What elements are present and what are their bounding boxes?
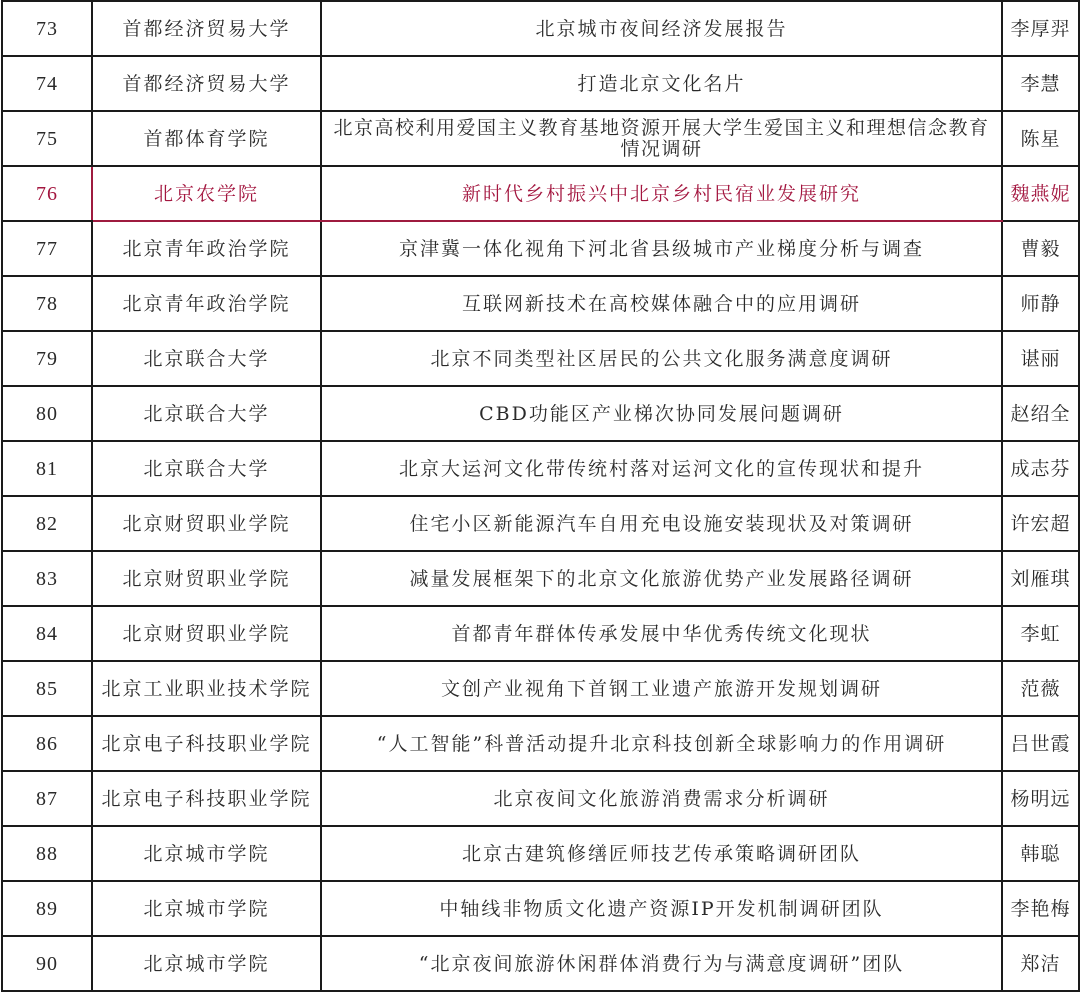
table-row-87: 87 北京电子科技职业学院 北京夜间文化旅游消费需求分析调研 杨明远 [2, 771, 1079, 826]
school-cell: 北京电子科技职业学院 [92, 716, 321, 771]
leader-cell: 陈星 [1002, 111, 1079, 166]
table-body: 73 首都经济贸易大学 北京城市夜间经济发展报告 李厚羿 74 首都经济贸易大学… [2, 1, 1079, 991]
topic-cell: 文创产业视角下首钢工业遗产旅游开发规划调研 [321, 661, 1002, 716]
school-cell: 首都经济贸易大学 [92, 1, 321, 56]
row-number: 90 [2, 936, 92, 991]
leader-cell: 李虹 [1002, 606, 1079, 661]
school-cell: 北京财贸职业学院 [92, 551, 321, 606]
row-number: 82 [2, 496, 92, 551]
leader-cell: 韩聪 [1002, 826, 1079, 881]
row-number: 78 [2, 276, 92, 331]
topic-cell: 新时代乡村振兴中北京乡村民宿业发展研究 [321, 166, 1002, 221]
topic-cell: 北京不同类型社区居民的公共文化服务满意度调研 [321, 331, 1002, 386]
leader-cell: 魏燕妮 [1002, 166, 1079, 221]
school-cell: 北京工业职业技术学院 [92, 661, 321, 716]
topic-cell: 北京夜间文化旅游消费需求分析调研 [321, 771, 1002, 826]
table-row-81: 81 北京联合大学 北京大运河文化带传统村落对运河文化的宣传现状和提升 成志芬 [2, 441, 1079, 496]
leader-cell: 杨明远 [1002, 771, 1079, 826]
table-row-74: 74 首都经济贸易大学 打造北京文化名片 李慧 [2, 56, 1079, 111]
row-number: 73 [2, 1, 92, 56]
leader-cell: 赵绍全 [1002, 386, 1079, 441]
leader-cell: 李艳梅 [1002, 881, 1079, 936]
leader-cell: 郑洁 [1002, 936, 1079, 991]
table-row-82: 82 北京财贸职业学院 住宅小区新能源汽车自用充电设施安装现状及对策调研 许宏超 [2, 496, 1079, 551]
table-row-77: 77 北京青年政治学院 京津冀一体化视角下河北省县级城市产业梯度分析与调查 曹毅 [2, 221, 1079, 276]
row-number: 74 [2, 56, 92, 111]
topic-cell: 北京大运河文化带传统村落对运河文化的宣传现状和提升 [321, 441, 1002, 496]
row-number: 76 [2, 166, 92, 221]
table-row-90: 90 北京城市学院 “北京夜间旅游休闲群体消费行为与满意度调研”团队 郑洁 [2, 936, 1079, 991]
table-row-73: 73 首都经济贸易大学 北京城市夜间经济发展报告 李厚羿 [2, 1, 1079, 56]
table-row-78: 78 北京青年政治学院 互联网新技术在高校媒体融合中的应用调研 师静 [2, 276, 1079, 331]
row-number: 88 [2, 826, 92, 881]
leader-cell: 谌丽 [1002, 331, 1079, 386]
table-row-80: 80 北京联合大学 CBD功能区产业梯次协同发展问题调研 赵绍全 [2, 386, 1079, 441]
table-row-89: 89 北京城市学院 中轴线非物质文化遗产资源IP开发机制调研团队 李艳梅 [2, 881, 1079, 936]
row-number: 81 [2, 441, 92, 496]
leader-cell: 吕世霞 [1002, 716, 1079, 771]
topic-cell: 北京古建筑修缮匠师技艺传承策略调研团队 [321, 826, 1002, 881]
row-number: 84 [2, 606, 92, 661]
school-cell: 北京联合大学 [92, 386, 321, 441]
table-row-88: 88 北京城市学院 北京古建筑修缮匠师技艺传承策略调研团队 韩聪 [2, 826, 1079, 881]
topic-cell: 首都青年群体传承发展中华优秀传统文化现状 [321, 606, 1002, 661]
row-number: 75 [2, 111, 92, 166]
school-cell: 北京联合大学 [92, 331, 321, 386]
project-list-table: 73 首都经济贸易大学 北京城市夜间经济发展报告 李厚羿 74 首都经济贸易大学… [1, 0, 1080, 992]
leader-cell: 李慧 [1002, 56, 1079, 111]
school-cell: 首都体育学院 [92, 111, 321, 166]
table-row-85: 85 北京工业职业技术学院 文创产业视角下首钢工业遗产旅游开发规划调研 范薇 [2, 661, 1079, 716]
school-cell: 北京城市学院 [92, 881, 321, 936]
school-cell: 北京财贸职业学院 [92, 496, 321, 551]
row-number: 80 [2, 386, 92, 441]
school-cell: 北京青年政治学院 [92, 221, 321, 276]
row-number: 79 [2, 331, 92, 386]
leader-cell: 刘雁琪 [1002, 551, 1079, 606]
school-cell: 北京城市学院 [92, 826, 321, 881]
leader-cell: 成志芬 [1002, 441, 1079, 496]
school-cell: 北京农学院 [92, 166, 321, 221]
topic-cell: 减量发展框架下的北京文化旅游优势产业发展路径调研 [321, 551, 1002, 606]
table-row-79: 79 北京联合大学 北京不同类型社区居民的公共文化服务满意度调研 谌丽 [2, 331, 1079, 386]
school-cell: 北京联合大学 [92, 441, 321, 496]
row-number: 83 [2, 551, 92, 606]
row-number: 86 [2, 716, 92, 771]
topic-cell: 中轴线非物质文化遗产资源IP开发机制调研团队 [321, 881, 1002, 936]
table-row-76-highlighted: 76 北京农学院 新时代乡村振兴中北京乡村民宿业发展研究 魏燕妮 [2, 166, 1079, 221]
school-cell: 北京电子科技职业学院 [92, 771, 321, 826]
topic-cell: 北京城市夜间经济发展报告 [321, 1, 1002, 56]
topic-cell: 住宅小区新能源汽车自用充电设施安装现状及对策调研 [321, 496, 1002, 551]
leader-cell: 师静 [1002, 276, 1079, 331]
table-row-84: 84 北京财贸职业学院 首都青年群体传承发展中华优秀传统文化现状 李虹 [2, 606, 1079, 661]
school-cell: 首都经济贸易大学 [92, 56, 321, 111]
row-number: 85 [2, 661, 92, 716]
topic-cell: 打造北京文化名片 [321, 56, 1002, 111]
topic-cell: “人工智能”科普活动提升北京科技创新全球影响力的作用调研 [321, 716, 1002, 771]
topic-cell: 京津冀一体化视角下河北省县级城市产业梯度分析与调查 [321, 221, 1002, 276]
leader-cell: 许宏超 [1002, 496, 1079, 551]
row-number: 87 [2, 771, 92, 826]
topic-cell: CBD功能区产业梯次协同发展问题调研 [321, 386, 1002, 441]
table-row-83: 83 北京财贸职业学院 减量发展框架下的北京文化旅游优势产业发展路径调研 刘雁琪 [2, 551, 1079, 606]
school-cell: 北京青年政治学院 [92, 276, 321, 331]
table-row-75: 75 首都体育学院 北京高校利用爱国主义教育基地资源开展大学生爱国主义和理想信念… [2, 111, 1079, 166]
school-cell: 北京城市学院 [92, 936, 321, 991]
table-row-86: 86 北京电子科技职业学院 “人工智能”科普活动提升北京科技创新全球影响力的作用… [2, 716, 1079, 771]
topic-cell: 互联网新技术在高校媒体融合中的应用调研 [321, 276, 1002, 331]
row-number: 77 [2, 221, 92, 276]
leader-cell: 范薇 [1002, 661, 1079, 716]
topic-cell: “北京夜间旅游休闲群体消费行为与满意度调研”团队 [321, 936, 1002, 991]
leader-cell: 曹毅 [1002, 221, 1079, 276]
school-cell: 北京财贸职业学院 [92, 606, 321, 661]
leader-cell: 李厚羿 [1002, 1, 1079, 56]
row-number: 89 [2, 881, 92, 936]
topic-cell: 北京高校利用爱国主义教育基地资源开展大学生爱国主义和理想信念教育情况调研 [321, 111, 1002, 166]
